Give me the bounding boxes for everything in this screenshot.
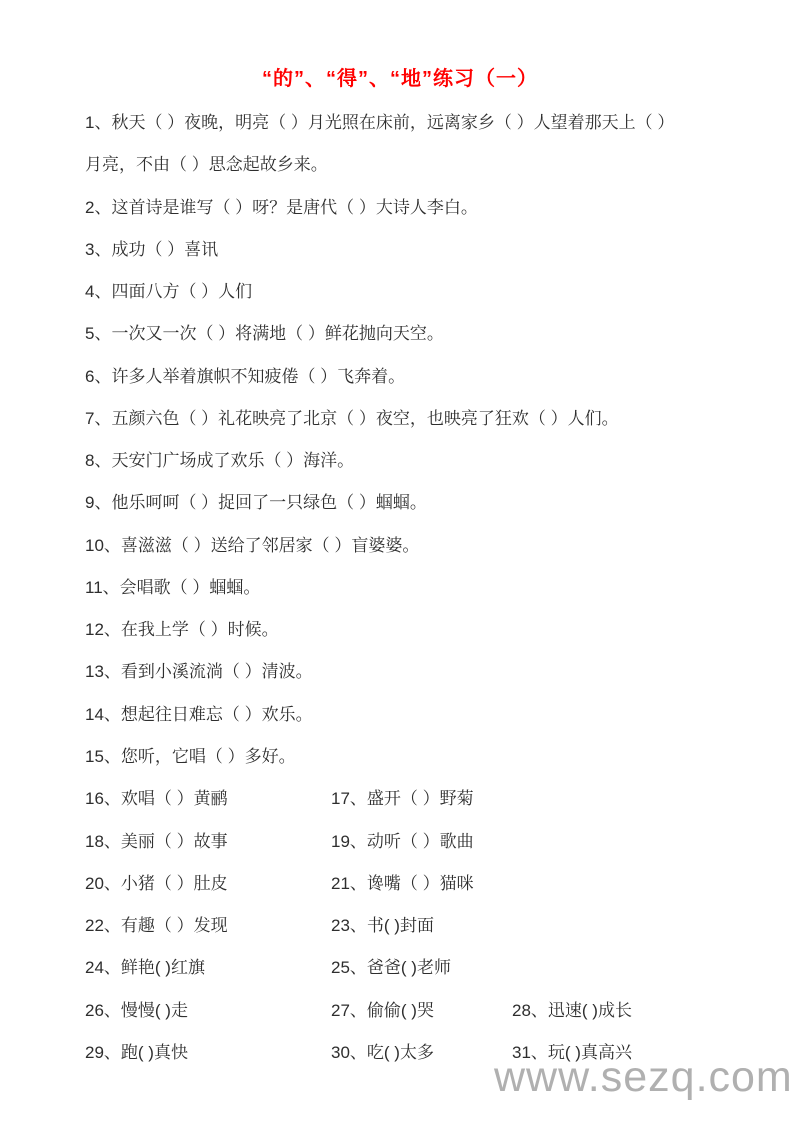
line-text: 29、跑( )真快 [85, 1042, 188, 1064]
page-title: “的”、“得”、“地”练习（一） [0, 62, 800, 91]
line-text: 18、美丽（ ）故事 [85, 831, 228, 853]
exercise-line-16-17: 16、欢唱（ ）黄鹂 17、盛开（ ）野菊 [85, 788, 750, 830]
line-text: 22、有趣（ ）发现 [85, 915, 228, 937]
line-text: 10、喜滋滋（ ）送给了邻居家（ ）盲婆婆。 [85, 535, 419, 557]
line-text: 月亮，不由（ ）思念起故乡来。 [85, 154, 328, 176]
exercise-line-10: 10、喜滋滋（ ）送给了邻居家（ ）盲婆婆。 [85, 535, 750, 577]
line-text: 13、看到小溪流淌（ ）清波。 [85, 661, 313, 683]
watermark: www.sezq.com [494, 1054, 793, 1100]
line-text: 9、他乐呵呵（ ）捉回了一只绿色（ ）蝈蝈。 [85, 492, 427, 514]
line-text: 19、动听（ ）歌曲 [331, 831, 474, 853]
line-text: 3、成功（ ）喜讯 [85, 239, 218, 261]
line-text: 1、秋天（ ）夜晚，明亮（ ）月光照在床前，远离家乡（ ）人望着那天上（ ） [85, 112, 674, 134]
exercise-line-9: 9、他乐呵呵（ ）捉回了一只绿色（ ）蝈蝈。 [85, 492, 750, 534]
exercise-line-2: 2、这首诗是谁写（ ）呀？是唐代（ ）大诗人李白。 [85, 197, 750, 239]
line-text: 14、想起往日难忘（ ）欢乐。 [85, 704, 313, 726]
exercise-line-26-27-28: 26、慢慢( )走 27、偷偷( )哭 28、迅速( )成长 [85, 1000, 750, 1042]
exercise-line-7: 7、五颜六色（ ）礼花映亮了北京（ ）夜空，也映亮了狂欢（ ）人们。 [85, 408, 750, 450]
line-text: 27、偷偷( )哭 [331, 1000, 434, 1022]
line-text: 7、五颜六色（ ）礼花映亮了北京（ ）夜空，也映亮了狂欢（ ）人们。 [85, 408, 619, 430]
exercise-line-1: 1、秋天（ ）夜晚，明亮（ ）月光照在床前，远离家乡（ ）人望着那天上（ ） [85, 112, 750, 154]
line-text: 24、鲜艳( )红旗 [85, 957, 205, 979]
line-text: 6、许多人举着旗帜不知疲倦（ ）飞奔着。 [85, 366, 405, 388]
exercise-line-12: 12、在我上学（ ）时候。 [85, 619, 750, 661]
line-text: 5、一次又一次（ ）将满地（ ）鲜花抛向天空。 [85, 323, 444, 345]
line-text: 28、迅速( )成长 [512, 1000, 632, 1022]
line-text: 20、小猪（ ）肚皮 [85, 873, 228, 895]
exercise-line-6: 6、许多人举着旗帜不知疲倦（ ）飞奔着。 [85, 366, 750, 408]
line-text: 17、盛开（ ）野菊 [331, 788, 474, 810]
line-text: 25、爸爸( )老师 [331, 957, 451, 979]
line-text: 26、慢慢( )走 [85, 1000, 188, 1022]
line-text: 4、四面八方（ ）人们 [85, 281, 252, 303]
exercise-line-8: 8、天安门广场成了欢乐（ ）海洋。 [85, 450, 750, 492]
line-text: 8、天安门广场成了欢乐（ ）海洋。 [85, 450, 354, 472]
line-text: 15、您听，它唱（ ）多好。 [85, 746, 296, 768]
exercise-line-11: 11、会唱歌（ ）蝈蝈。 [85, 577, 750, 619]
exercise-line-1-cont: 月亮，不由（ ）思念起故乡来。 [85, 154, 750, 196]
exercise-line-22-23: 22、有趣（ ）发现 23、书( )封面 [85, 915, 750, 957]
exercise-line-5: 5、一次又一次（ ）将满地（ ）鲜花抛向天空。 [85, 323, 750, 365]
line-text: 21、谗嘴（ ）猫咪 [331, 873, 474, 895]
exercise-line-13: 13、看到小溪流淌（ ）清波。 [85, 661, 750, 703]
exercise-line-14: 14、想起往日难忘（ ）欢乐。 [85, 704, 750, 746]
worksheet-page: “的”、“得”、“地”练习（一） 1、秋天（ ）夜晚，明亮（ ）月光照在床前，远… [0, 0, 800, 1131]
exercise-line-15: 15、您听，它唱（ ）多好。 [85, 746, 750, 788]
line-text: 11、会唱歌（ ）蝈蝈。 [85, 577, 260, 599]
exercise-list: 1、秋天（ ）夜晚，明亮（ ）月光照在床前，远离家乡（ ）人望着那天上（ ） 月… [85, 112, 750, 1084]
exercise-line-4: 4、四面八方（ ）人们 [85, 281, 750, 323]
line-text: 30、吃( )太多 [331, 1042, 434, 1064]
exercise-line-3: 3、成功（ ）喜讯 [85, 239, 750, 281]
line-text: 16、欢唱（ ）黄鹂 [85, 788, 228, 810]
exercise-line-24-25: 24、鲜艳( )红旗 25、爸爸( )老师 [85, 957, 750, 999]
exercise-line-18-19: 18、美丽（ ）故事 19、动听（ ）歌曲 [85, 831, 750, 873]
line-text: 23、书( )封面 [331, 915, 434, 937]
exercise-line-20-21: 20、小猪（ ）肚皮 21、谗嘴（ ）猫咪 [85, 873, 750, 915]
line-text: 2、这首诗是谁写（ ）呀？是唐代（ ）大诗人李白。 [85, 197, 478, 219]
line-text: 12、在我上学（ ）时候。 [85, 619, 279, 641]
